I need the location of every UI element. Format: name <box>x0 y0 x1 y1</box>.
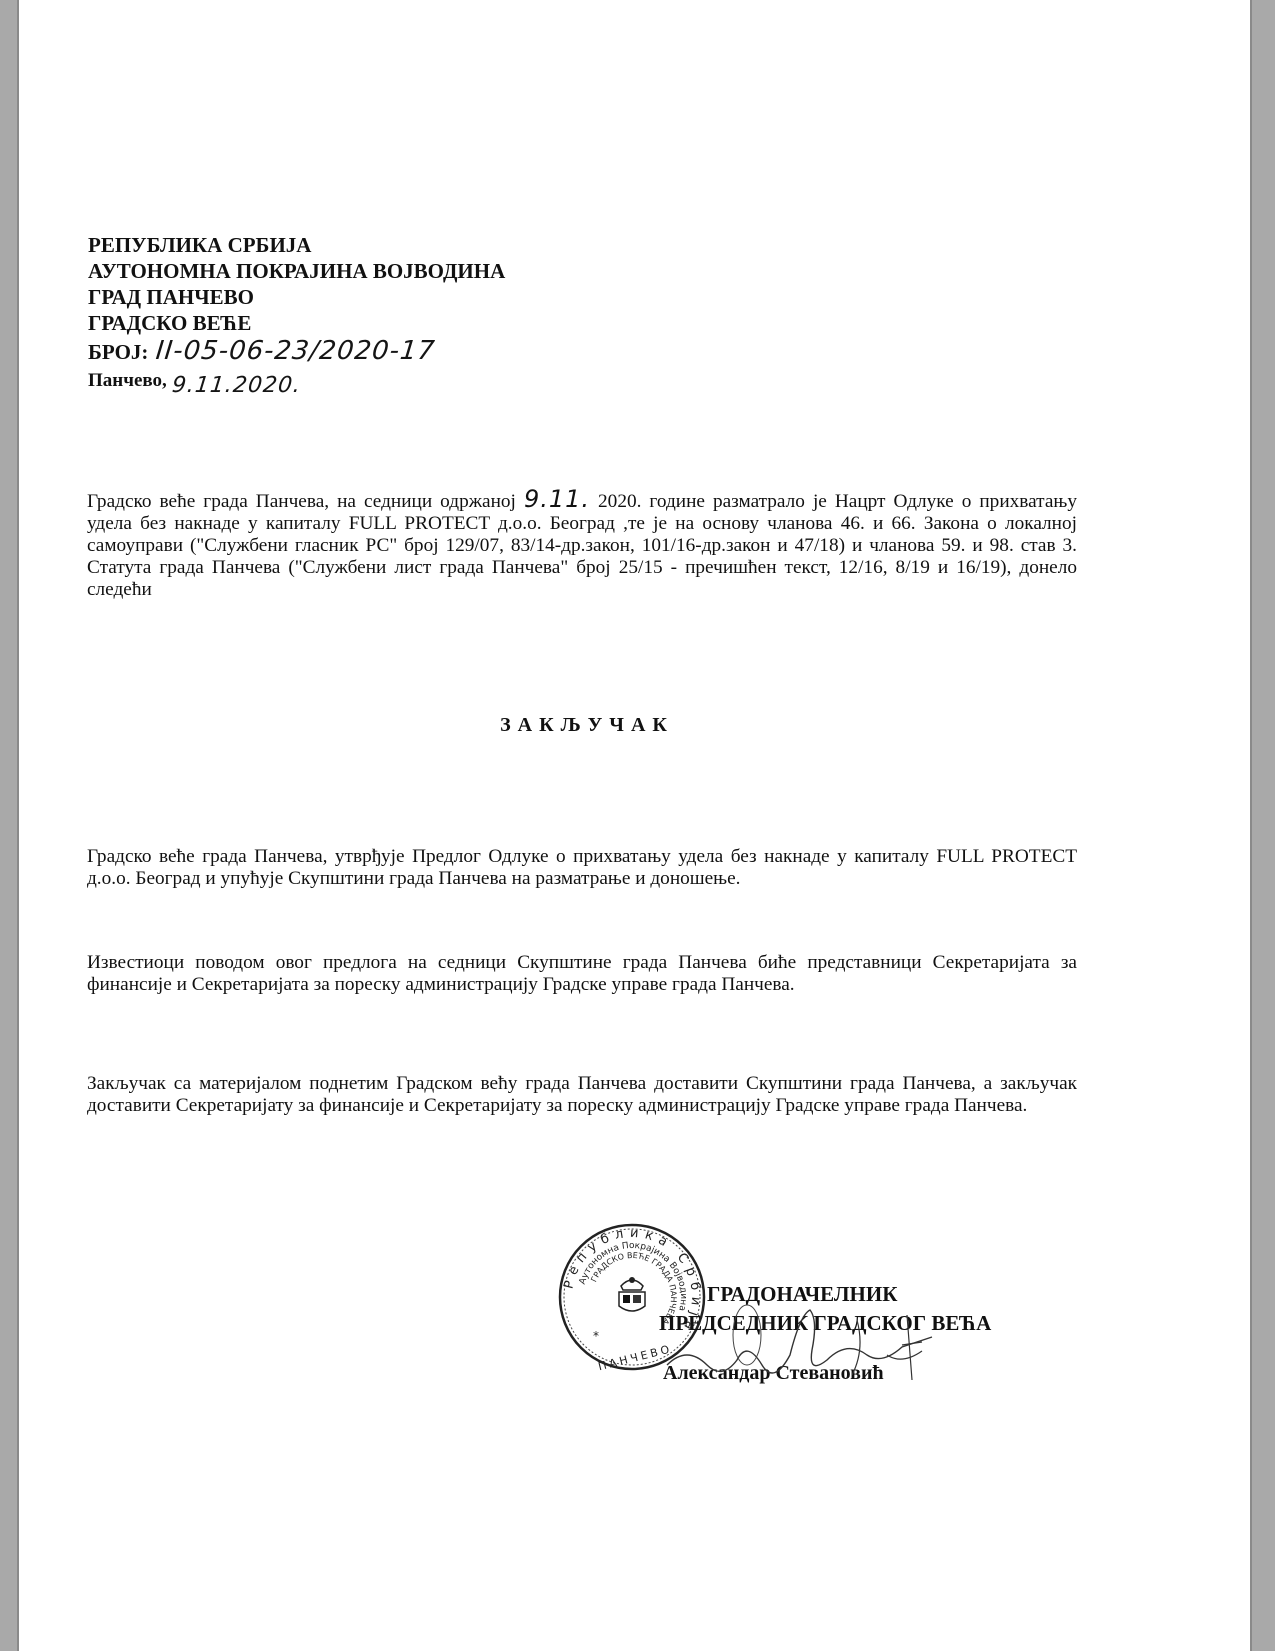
svg-text:*: * <box>593 1329 599 1343</box>
body-paragraph-3: Закључак са материјалом поднетим Градско… <box>87 1073 1077 1117</box>
header-line-council: ГРАДСКО ВЕЋЕ <box>88 310 505 336</box>
header-line-province: АУТОНОМНА ПОКРАЈИНА ВОЈВОДИНА <box>88 258 505 284</box>
place-date: Панчево, 9.11.2020. <box>88 367 505 394</box>
header-line-city: ГРАД ПАНЧЕВО <box>88 284 505 310</box>
intro-text-before-date: Градско веће града Панчева, на седници о… <box>87 491 516 512</box>
date-value-handwritten: 9.11.2020. <box>170 373 302 399</box>
signature-scribble-icon <box>657 1295 957 1385</box>
body-paragraph-2: Известиоци поводом овог предлога на седн… <box>87 952 1077 996</box>
document-number: БРОЈ: II-05-06-23/2020-17 <box>88 336 505 367</box>
place-label: Панчево, <box>88 370 167 391</box>
handwritten-signature <box>657 1295 957 1390</box>
number-value-handwritten: II-05-06-23/2020-17 <box>154 336 436 366</box>
document-title: ЗАКЉУЧАК <box>417 714 757 737</box>
number-label: БРОЈ: <box>88 340 148 364</box>
intro-paragraph: Градско веће града Панчева, на седници о… <box>87 488 1077 601</box>
document-page: РЕПУБЛИКА СРБИЈА АУТОНОМНА ПОКРАЈИНА ВОЈ… <box>17 0 1252 1651</box>
body-paragraph-1: Градско веће града Панчева, утврђује Пре… <box>87 846 1077 890</box>
document-header: РЕПУБЛИКА СРБИЈА АУТОНОМНА ПОКРАЈИНА ВОЈ… <box>88 232 505 394</box>
session-date-handwritten: 9.11. <box>524 485 590 513</box>
header-line-republic: РЕПУБЛИКА СРБИЈА <box>88 232 505 258</box>
